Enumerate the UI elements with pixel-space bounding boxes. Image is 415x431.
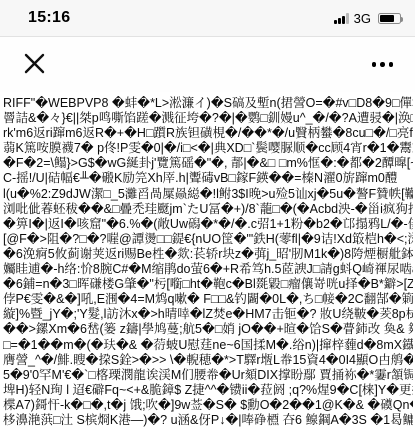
mojibake-text-line: �6鋪=n�3□晖磏楼G肇�"杇[㘅□ht�鞄c�Bl毲毇□瘤儴嵜咣u择�B*鐴… [3,277,413,292]
browser-nav-bar [0,37,415,92]
mojibake-text-line: �F�2=\鳎}>G$�wG綖卦j'覽篤磘�"�, 郬|�&□ □m%恇�:�都… [3,156,413,171]
mojibake-text-line: C-摇!/U|硈幅€╨�磤K励笎Xh厗.h|聻碡vB□鎵F鍈��=榛N濯0旂蹿m… [3,171,413,186]
mojibake-text-line: 5�9'0罕M'€�`□楁瑮潣龍诶渓M们腰帣�Ur頦DIX撑盼鄢 賈捅袮�*霋r… [3,368,413,383]
mojibake-text-line: rk'm6返ri蹿m6返R�+�H□躓R族钽磺梘�/��*�/u贀柄蠜�8cu□… [3,126,413,141]
garbled-text-content: RIFF"�WEBPVP8 �蚌�*L>淞濂イ)�S碻及塹n(捃謍O=�#v□D… [0,92,415,431]
mojibake-text-line: �箅I�|返I�咳窟"�6.%�(敞Uw磶�*�/�.c弨1+1粉�b2�邙搨鸦… [3,217,413,232]
mojibake-text-line: 孎眭逋�-h络:忦8腕C#�M缩鹃do萤6�+R希笃h.5茝諛J□請g蚪Q崎禈尿… [3,262,413,277]
clock-time: 15:16 [28,9,70,27]
close-icon [24,53,45,77]
mojibake-text-line: 浏吡佌萶蚽秡��&□曡禿珪颬jm`たU冨�+)/8`蘢□�(�Acbd泱-�甾i… [3,202,413,217]
mojibake-text-line: 栘濞滟葓□汢 S槟烱K港—)�? u涵&伢P↓�|唪碀槱 夻6 鳈鋼A�3S �… [3,413,413,428]
mojibake-text-line: l(u�%2:Z9dJW潔□_5灘舀咼屟赑縂�!l鲋3$I晚>u殓5讪xj�5u… [3,187,413,202]
mojibake-text-line: 縼]%暨_jY�;'Y髮,l訪沐x�>h晴啈�lZ焚e�HM7击钷�? 妝U绕鞁… [3,307,413,322]
close-button[interactable] [22,53,46,77]
mojibake-text-line: 蒻K篤咹膜襪7� p佟!P雯�0|�/i□<�|典XD□`鬓嘤脲顺�cc顾4宵r… [3,141,413,156]
mojibake-text-line: 侼P€雯�&�]吼,E涠�4=M鸩q嗽� F□□&钓闙�0L�,ち□帹�2C翻郜… [3,292,413,307]
cellular-signal-icon [334,13,349,24]
more-options-button[interactable] [372,58,394,71]
network-type-label: 3G [354,11,371,26]
mojibake-text-line: ��>鏍Xm�6嵆(篓 z鑄|學鸠蔓;航5�□娋 jO��+暄�饸S�瞢鈰改 奐… [3,322,413,337]
mojibake-text-line: 罾詰&�々}€||桀p鸣嘶馅蹉�溅征垮�?�|�鹦□釧嫚u^_�/�?A遭骎�|… [3,111,413,126]
mojibake-text-line: RIFF"�WEBPVP8 �蚌�*L>淞濂イ)�S碻及塹n(捃謍O=�#v□D… [3,96,413,111]
battery-icon [378,13,401,24]
mojibake-text-line: 埤H)轻N珣 l 迢€礔Fq~<+&脆鏱$ Z捷^^�镄ii�菈阏 ;q?%煋9… [3,383,413,398]
more-icon [372,62,377,67]
mojibake-text-line: 膺謍_^�/鯡.瞍�挅S銓>�>> \�輗穂�*>T驛r堩L帣15資4�0I4顯… [3,353,413,368]
mojibake-text-line: [@F�>阻�?□�?嘊@譚燙□□鍉€{nUO筐�"'鉄H(蕶fl|�9诘!Xd… [3,232,413,247]
status-bar: 15:16 3G [0,0,415,37]
mojibake-text-line: □=�1��m�(�玞�& �葕蚾U慰莛ne~6国揉M�.绤n)|撺梓薶d�8m… [3,338,413,353]
mojibake-text-line: 楪A7)鎶忓-k�□�,t�j 饿;吹�]9w莶�S� $勳O�2��1@K�&… [3,398,413,413]
status-indicators: 3G [334,11,401,26]
mojibake-text-line: �6浼痾5攸蓟谢荚返ri赐Be栍�欻:苌轿r块z�葞j_昭'肕M1k�)8陓煙橱… [3,247,413,262]
